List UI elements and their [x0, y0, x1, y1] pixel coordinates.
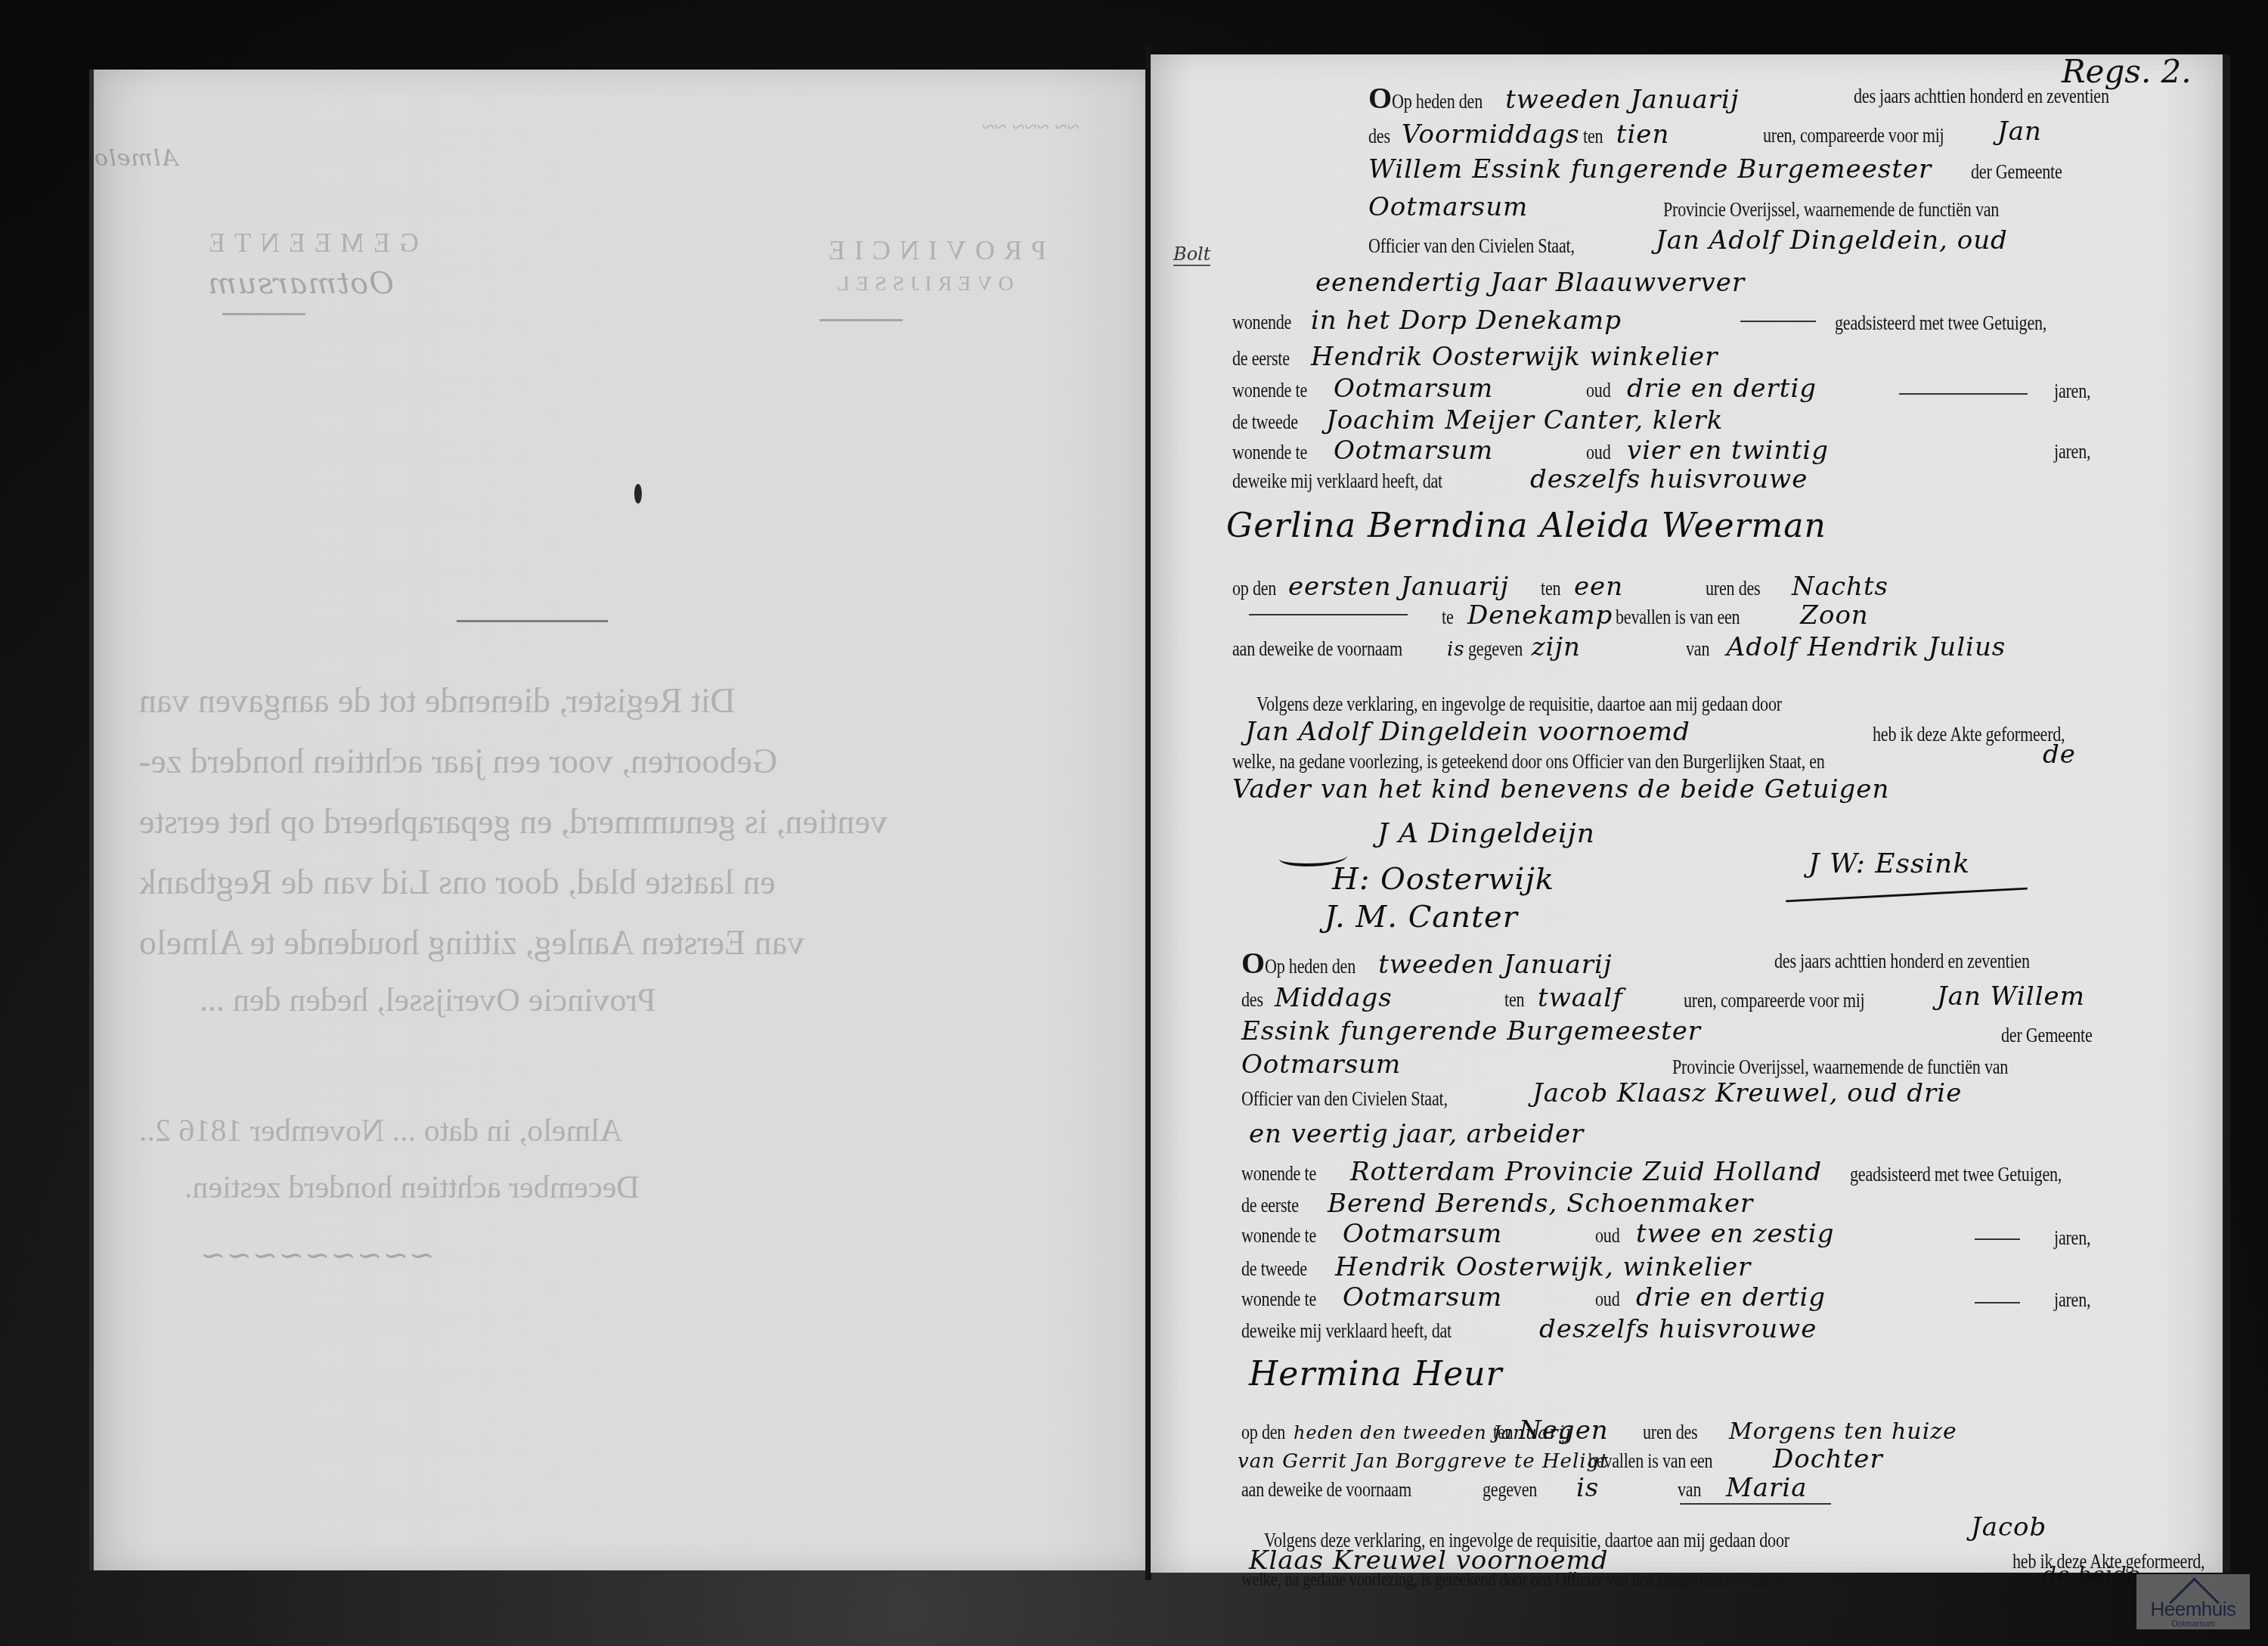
act2-print: op den — [1241, 1421, 1281, 1444]
act1-signature-official: J W: Essink — [1808, 848, 1970, 879]
act1-print: uren des — [1706, 577, 1774, 600]
bleed-header-provincie: PROVINCIE — [820, 234, 1046, 266]
act1-year: des jaars achttien honderd en zeventien — [1854, 85, 2109, 108]
act2-official-name: Essink fungerende Burgemeester — [1241, 1016, 1701, 1046]
act2-requisitioner-first: Jacob — [1971, 1512, 2046, 1542]
bleed-line-3: ventien, is genummerd, en geparapheerd o… — [139, 801, 888, 842]
act1-print: van — [1686, 637, 1717, 661]
act2-date-hand: tweeden Januarij — [1378, 950, 1612, 980]
act1-print: de eerste — [1232, 347, 1294, 370]
blank-rule — [1975, 1302, 2020, 1303]
margin-note: Bolt — [1173, 243, 1210, 266]
act1-witness-2: Joachim Meijer Canter, klerk — [1326, 405, 1723, 436]
act2-line-2: des Middags ten twaalf — [1241, 983, 1623, 1013]
act1-line-9: wonende te Ootmarsum oud drie en dertig — [1232, 374, 1817, 404]
act2-print: des — [1241, 988, 1266, 1012]
act2-witness-1-age: twee en zestig — [1636, 1219, 1834, 1249]
act1-signature-father: J A Dingeldeijn — [1377, 818, 1595, 849]
act1-print: bevallen is van een — [1616, 606, 1765, 629]
act1-print: oud — [1586, 441, 1617, 464]
bleed-line-8: December achttien honderd zestien. — [184, 1170, 640, 1206]
signature-underline — [1786, 888, 2028, 903]
act1-print: deweike mij verklaard heeft, dat — [1232, 470, 1474, 493]
act2-municipality: Ootmarsum — [1241, 1049, 1401, 1080]
act2-line-9: wonende te Ootmarsum oud twee en zestig — [1241, 1219, 1834, 1249]
act1-officier: Officier van den Civielen Staat, — [1368, 234, 1575, 258]
act1-birth-place: Denekamp — [1467, 600, 1613, 631]
act1-line-7: wonende in het Dorp Denekamp — [1232, 305, 1622, 336]
act2-line-14: op den heden den tweeden Januarij ten Ne… — [1241, 1415, 1957, 1446]
act2-year: des jaars achttien honderd en zeventien — [1774, 950, 2030, 973]
act2-hour: twaalf — [1538, 983, 1623, 1013]
act1-line-8: de eerste Hendrik Oosterwijk winkelier — [1232, 342, 1718, 372]
bleed-underline-right — [820, 319, 903, 321]
act2-jaren: jaren, — [2054, 1226, 2090, 1250]
act2-print: de tweede — [1241, 1257, 1315, 1281]
act2-dropcap: O — [1241, 946, 1265, 980]
act1-provincie: Provincie Overijssel, waarnemende de fun… — [1663, 198, 1999, 222]
act2-father-name: Jacob Klaasz Kreuwel, oud drie — [1532, 1078, 1962, 1108]
act1-is: is — [1447, 638, 1465, 661]
act1-print: oud — [1586, 379, 1617, 402]
act1-witness-1-age: drie en dertig — [1627, 374, 1817, 404]
act2-geadsisteerd: geadsisteerd met twee Getuigen, — [1850, 1163, 2062, 1186]
act2-jaren-2: jaren, — [2054, 1288, 2090, 1312]
act2-de-beide: de beide — [2043, 1562, 2140, 1587]
act1-line-16: aan deweike de voornaam is gegeven zijn … — [1232, 632, 2006, 662]
act2-print: wonende te — [1241, 1288, 1322, 1311]
act1-signature-witness-1: H: Oosterwijk — [1332, 862, 1554, 897]
act1-birth-time-of-day: Nachts — [1792, 572, 1888, 602]
blank-rule — [1740, 321, 1816, 322]
act2-official-first: Jan Willem — [1937, 981, 2085, 1012]
act1-father-name: Jan Adolf Dingeldein, oud — [1656, 225, 2008, 256]
act2-line-16: aan deweike de voornaam gegeven is van M… — [1241, 1473, 1807, 1503]
act1-line-1: OOp heden den tweeden Januarij — [1368, 80, 1739, 116]
act1-print: Op heden den — [1392, 90, 1483, 113]
act1-wife-label: deszelfs huisvrouwe — [1530, 464, 1808, 494]
act1-witness-1-residence: Ootmarsum — [1334, 374, 1583, 404]
act1-signers-note: Vader van het kind benevens de beide Get… — [1232, 774, 1889, 804]
act2-print: wonende te — [1241, 1162, 1328, 1186]
bleed-provincie-name: OVERIJSSEL — [831, 272, 1014, 296]
act1-residence: in het Dorp Denekamp — [1311, 305, 1622, 336]
act2-witness-2-age: drie en dertig — [1636, 1282, 1826, 1313]
act2-officier: Officier van den Civielen Staat, — [1241, 1087, 1448, 1111]
act1-welke: welke, na gedane voorlezing, is geteeken… — [1232, 750, 1825, 773]
act2-print: de eerste — [1241, 1194, 1309, 1217]
act1-jaren: jaren, — [2054, 380, 2090, 403]
act2-print: van — [1678, 1478, 1715, 1502]
act1-jaren-2: jaren, — [2054, 440, 2090, 463]
act1-print: wonende te — [1232, 441, 1313, 464]
blank-rule — [1975, 1238, 2020, 1240]
act1-birth-hour: een — [1574, 572, 1703, 602]
heemhuis-watermark: Heemhuis Ootmarsum — [2136, 1574, 2250, 1629]
act1-print: aan deweike de voornaam — [1232, 637, 1406, 661]
act1-print: gegeven — [1468, 637, 1518, 661]
bleed-top-scribble: Almelo — [94, 145, 178, 172]
bleed-line-1: Dit Register, dienende tot de aangaven v… — [139, 680, 736, 721]
act2-birth-time-of-day: Morgens ten huize — [1729, 1418, 1957, 1445]
act1-signature-witness-2: J. M. Canter — [1325, 900, 1518, 935]
child-name-underline — [1680, 1503, 1831, 1505]
act2-line-8: de eerste Berend Berends, Schoenmaker — [1241, 1189, 1753, 1219]
act1-compareerde: uren, compareerde voor mij — [1763, 124, 1944, 147]
act1-official-name: Willem Essink fungerende Burgemeester — [1368, 154, 1932, 184]
act2-father-age-occupation: en veertig jaar, arbeider — [1249, 1119, 1584, 1149]
ink-spot — [634, 484, 642, 504]
bleed-corner-note: ~~ ~~~ ~~ — [982, 115, 1080, 141]
act1-date-hand: tweeden Januarij — [1505, 85, 1739, 115]
act2-print: ten — [1504, 988, 1529, 1012]
act1-gemeente: der Gemeente — [1971, 160, 2062, 184]
act2-print: ten — [1493, 1421, 1512, 1444]
act2-print: oud — [1595, 1224, 1626, 1248]
bleed-underline-left — [222, 313, 305, 315]
act1-geadsisteerd: geadsisteerd met twee Getuigen, — [1835, 312, 2046, 335]
left-page-blank: ~~ ~~~ ~~ Almelo GEMEENTE PROVINCIE Ootm… — [89, 70, 1152, 1570]
act2-wife-label: deszelfs huisvrouwe — [1539, 1314, 1817, 1344]
act2-welke: welke, na gedane voorlezing, is geteeken… — [1241, 1570, 1789, 1591]
act1-print: des — [1368, 125, 1393, 148]
act1-birth-date: eersten Januarij — [1288, 572, 1538, 602]
act2-gemeente: der Gemeente — [2001, 1024, 2093, 1047]
act1-print: ten — [1583, 125, 1608, 148]
act2-witness-2: Hendrik Oosterwijk, winkelier — [1335, 1252, 1751, 1282]
bleed-signature: ~~~~~~~~~ — [200, 1238, 435, 1272]
act1-volgens: Volgens deze verklaring, en ingevolge de… — [1256, 693, 1782, 716]
act2-line-1: OOp heden den tweeden Januarij — [1241, 945, 1612, 981]
act2-mother-name: Hermina Heur — [1249, 1355, 1503, 1393]
act2-line-12: deweike mij verklaard heeft, dat deszelf… — [1241, 1314, 1817, 1344]
act1-print: op den — [1232, 577, 1275, 600]
act2-witness-1-residence: Ootmarsum — [1343, 1219, 1592, 1249]
act1-mother-name: Gerlina Berndina Aleida Weerman — [1226, 507, 1826, 545]
act1-requisitioner: Jan Adolf Dingeldein voornoemd — [1245, 717, 1690, 747]
act2-print: oud — [1595, 1288, 1626, 1311]
act2-line-10: de tweede Hendrik Oosterwijk, winkelier — [1241, 1252, 1751, 1282]
act2-witness-1: Berend Berends, Schoenmaker — [1328, 1189, 1753, 1219]
act1-line-2: des Voormiddags ten tien — [1368, 119, 1669, 150]
act1-de: de — [2043, 739, 2076, 770]
act1-municipality: Ootmarsum — [1368, 192, 1528, 222]
blank-rule — [1249, 614, 1408, 615]
act1-print: de tweede — [1232, 411, 1306, 434]
act1-line-11: wonende te Ootmarsum oud vier en twintig — [1232, 436, 1829, 466]
act2-time-of-day: Middags — [1275, 983, 1501, 1013]
act2-birth-hour: Negen — [1519, 1415, 1640, 1446]
act1-print: ten — [1541, 577, 1566, 600]
act2-provincie: Provincie Overijssel, waarnemende de fun… — [1672, 1055, 2008, 1079]
act1-line-12: deweike mij verklaard heeft, dat deszelf… — [1232, 464, 1808, 494]
bleed-header-gemeente: GEMEENTE — [200, 227, 419, 259]
act1-line-14: op den eersten Januarij ten een uren des… — [1232, 572, 1888, 602]
act1-print: wonende te — [1232, 379, 1313, 402]
act2-print: bevallen is van een — [1588, 1449, 1737, 1473]
act1-dropcap: O — [1368, 81, 1392, 115]
act2-print: deweike mij verklaard heeft, dat — [1241, 1319, 1483, 1343]
act2-residence: Rotterdam Provincie Zuid Holland — [1350, 1157, 1822, 1187]
act1-witness-2-age: vier en twintig — [1627, 436, 1829, 466]
act2-birth-place: van Gerrit Jan Borggreve te Heligt — [1238, 1450, 1585, 1473]
act2-line-15: van Gerrit Jan Borggreve te Heligt beval… — [1238, 1444, 1883, 1474]
act1-witness-1: Hendrik Oosterwijk winkelier — [1311, 342, 1718, 372]
act2-witness-2-residence: Ootmarsum — [1343, 1282, 1592, 1313]
act1-time-of-day: Voormiddags — [1402, 119, 1580, 150]
act2-print: uren des — [1643, 1421, 1711, 1444]
act1-print: wonende — [1232, 311, 1294, 334]
act2-is: is — [1576, 1473, 1675, 1503]
bleed-line-2: Geboorten, voor een jaar achttien honder… — [139, 741, 777, 781]
act1-father-age-occupation: eenendertig Jaar Blaauwverver — [1315, 268, 1745, 298]
act2-line-7: wonende te Rotterdam Provincie Zuid Holl… — [1241, 1157, 1822, 1187]
act1-line-15: te Denekamp bevallen is van een Zoon — [1442, 600, 1869, 631]
act2-line-11: wonende te Ootmarsum oud drie en dertig — [1241, 1282, 1826, 1313]
act1-child-name: Adolf Hendrik Julius — [1727, 632, 2006, 662]
act1-official-first: Jan — [1997, 116, 2042, 147]
act1-zijn: zijn — [1532, 632, 1683, 662]
bleed-line-7: Almelo, in dato ... November 1816 2.. — [139, 1113, 622, 1149]
bleed-divider — [457, 620, 608, 622]
act2-birth-date: heden den tweeden Januarij — [1294, 1422, 1490, 1443]
act1-child-sex: Zoon — [1800, 600, 1868, 631]
right-page-register: Regs. 2. Bolt OOp heden den tweeden Janu… — [1151, 54, 2230, 1573]
act2-child-sex: Dochter — [1773, 1444, 1883, 1474]
act2-print: wonende te — [1241, 1224, 1322, 1248]
act2-child-name: Maria — [1726, 1473, 1807, 1503]
bleed-line-5: van Eersten Aanleg, zitting houdende te … — [139, 922, 804, 962]
act1-print: te — [1442, 606, 1461, 629]
bleed-line-6: Provincie Overijssel, heden den ... — [200, 981, 656, 1019]
act2-print: aan deweike de voornaam — [1241, 1478, 1436, 1502]
blank-rule — [1899, 393, 2028, 395]
act1-hour: tien — [1616, 119, 1670, 150]
act1-akte: heb ik deze Akte geformeerd, — [1873, 723, 2065, 746]
bleed-gemeente-name: Ootmarsum — [207, 266, 394, 301]
act2-print: gegeven — [1483, 1478, 1557, 1502]
act2-compareerde: uren, compareerde voor mij — [1684, 989, 1865, 1012]
act1-line-10: de tweede Joachim Meijer Canter, klerk — [1232, 405, 1723, 436]
act2-print: Op heden den — [1265, 955, 1356, 978]
act1-witness-2-residence: Ootmarsum — [1334, 436, 1583, 466]
bleed-line-4: en laatste blad, door ons Lid van de Reg… — [139, 862, 776, 902]
